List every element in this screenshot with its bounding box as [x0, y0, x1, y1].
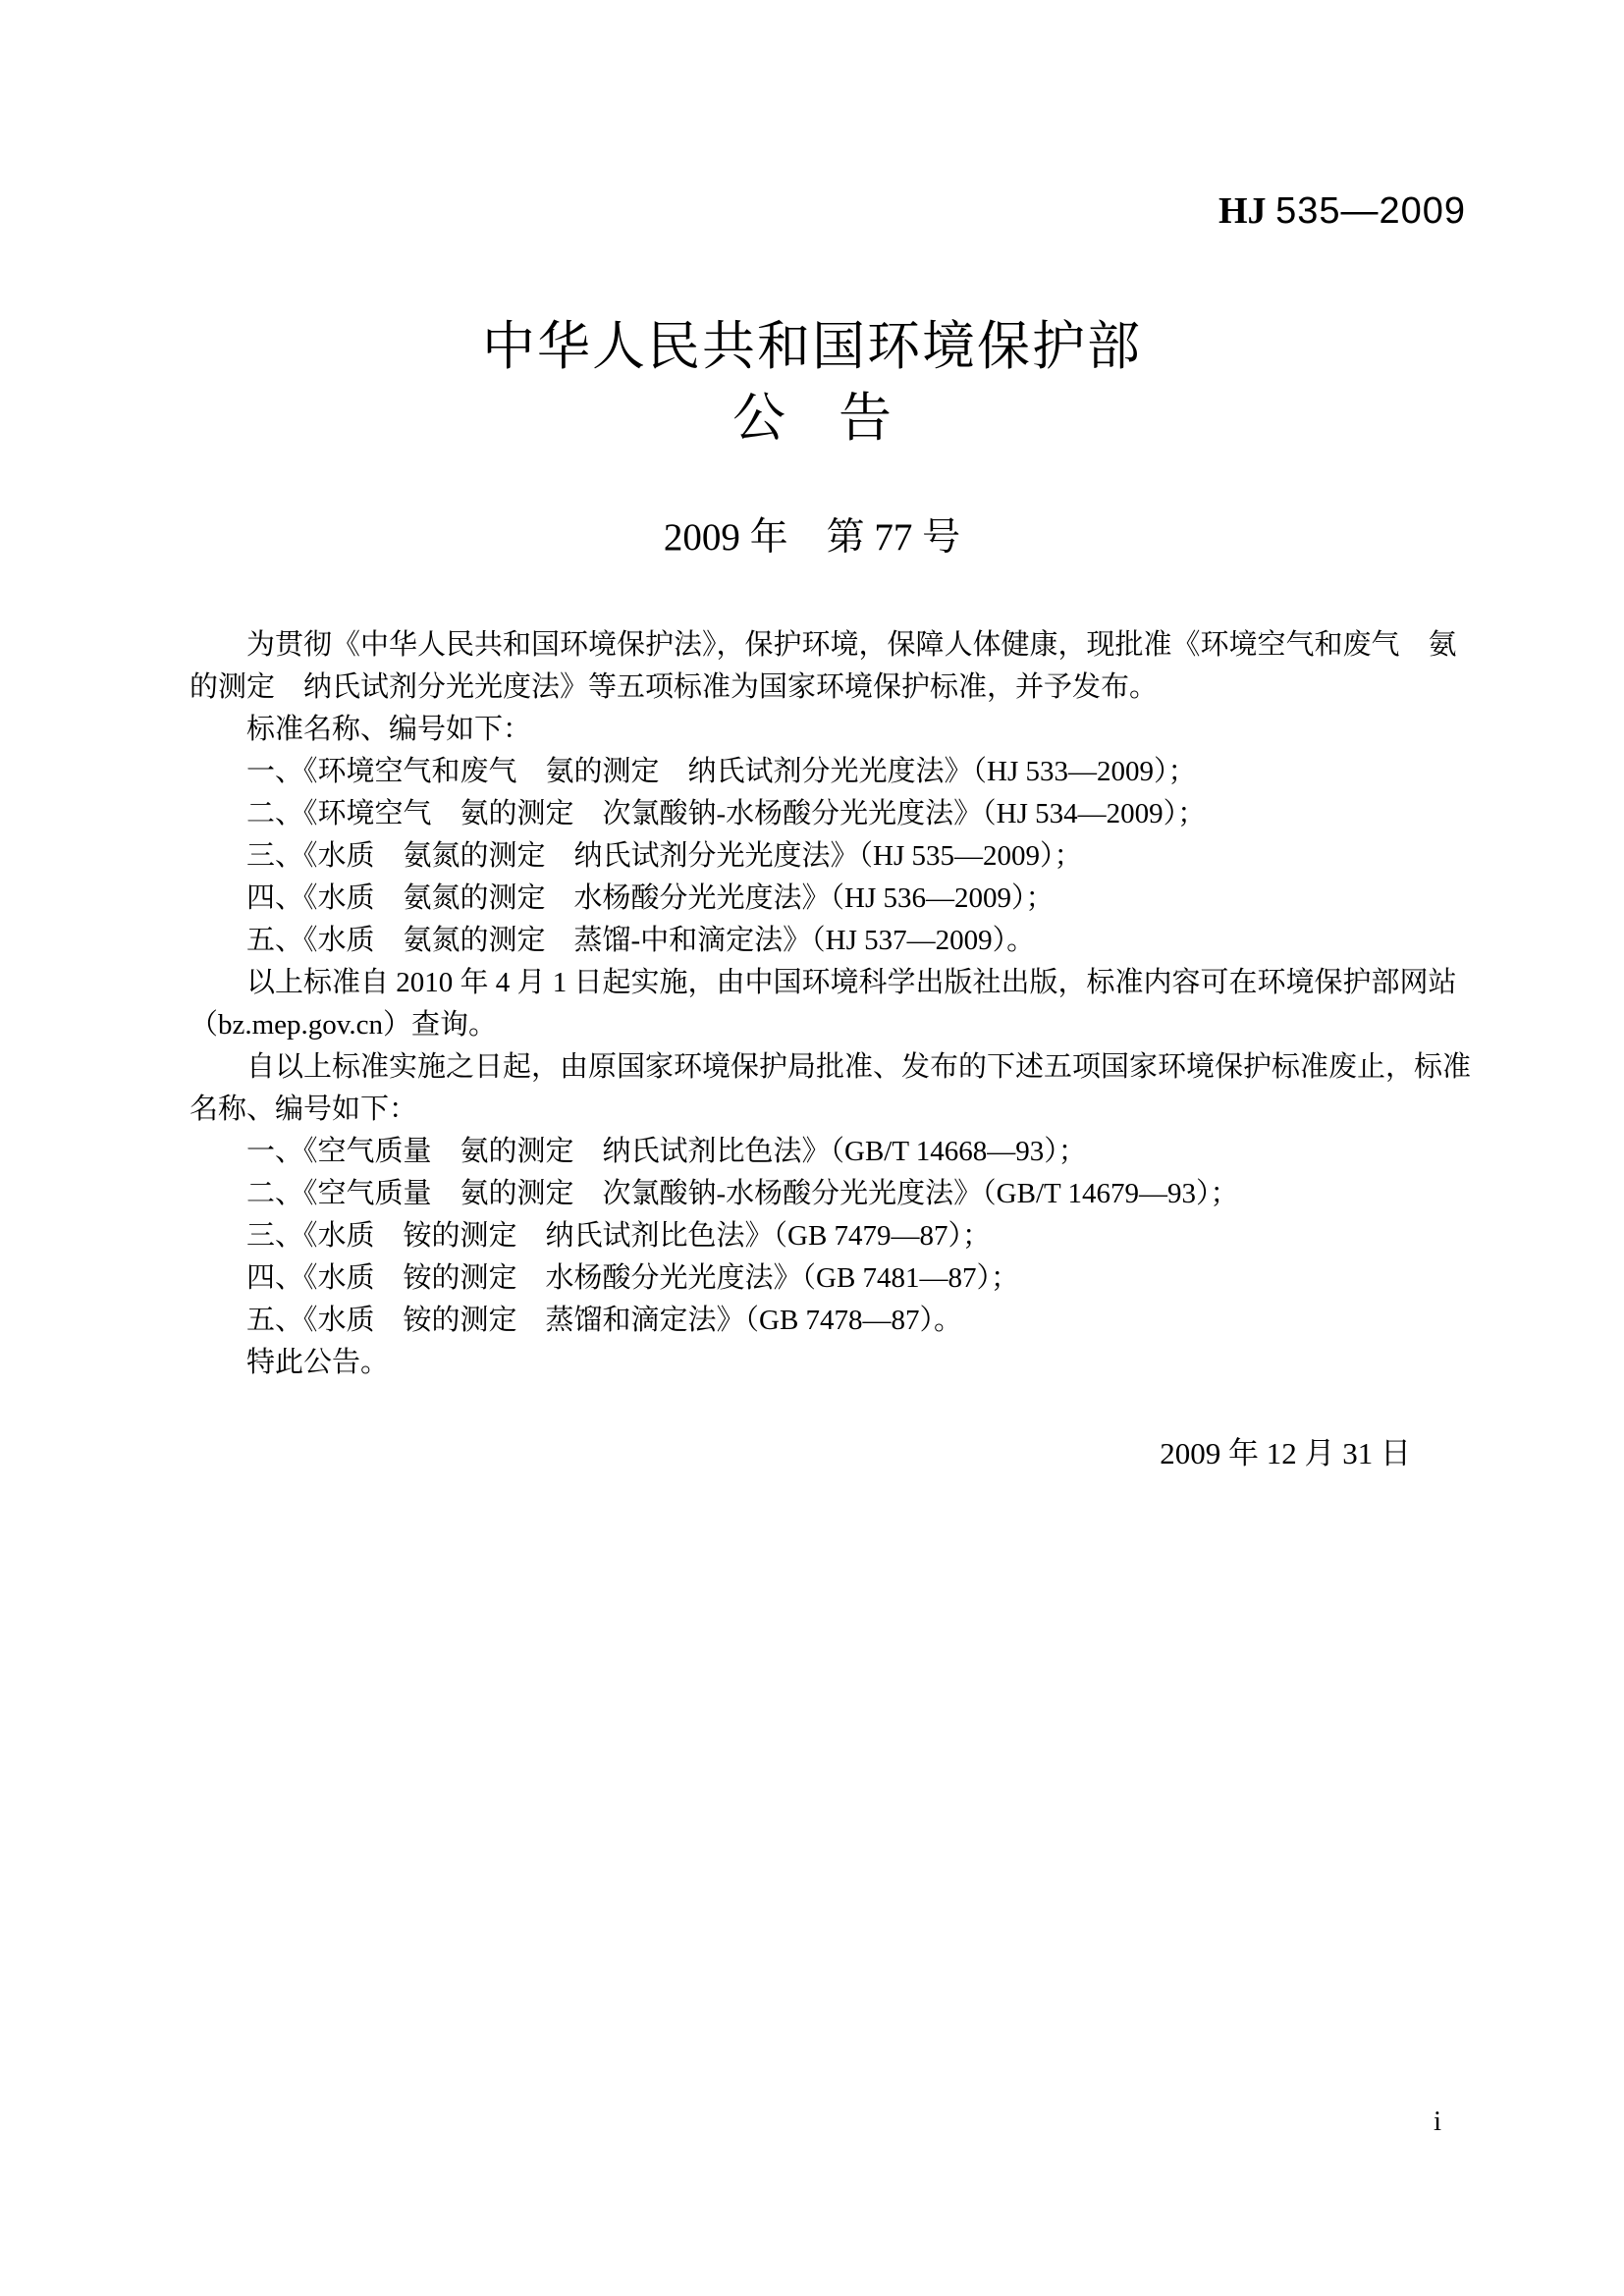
- body-line: 标准名称、编号如下：: [189, 709, 1470, 751]
- body-line: 特此公告。: [189, 1342, 1470, 1384]
- body-line: 二、《环境空气 氨的测定 次氯酸钠-水杨酸分光光度法》（HJ 534—2009）…: [189, 793, 1470, 835]
- body-line: 自以上标准实施之日起，由原国家环境保护局批准、发布的下述五项国家环境保护标准废止…: [189, 1046, 1470, 1089]
- body-line: 名称、编号如下：: [189, 1089, 1470, 1131]
- issue-date: 2009 年 12 月 31 日: [1160, 1435, 1411, 1471]
- body-line: 四、《水质 氨氮的测定 水杨酸分光光度法》（HJ 536—2009）；: [189, 878, 1470, 920]
- body-line: 以上标准自 2010 年 4 月 1 日起实施，由中国环境科学出版社出版，标准内…: [189, 962, 1470, 1004]
- body-text: 为贯彻《中华人民共和国环境保护法》，保护环境，保障人体健康，现批准《环境空气和废…: [189, 624, 1470, 1384]
- announcement-subtitle: 公 告: [0, 390, 1624, 448]
- body-line: 五、《水质 铵的测定 蒸馏和滴定法》（GB 7478—87）。: [189, 1300, 1470, 1342]
- page-number: i: [1434, 2107, 1441, 2138]
- body-line: 的测定 纳氏试剂分光光度法》等五项标准为国家环境保护标准，并予发布。: [189, 667, 1470, 709]
- body-line: 四、《水质 铵的测定 水杨酸分光光度法》（GB 7481—87）；: [189, 1257, 1470, 1300]
- body-line: （bz.mep.gov.cn）查询。: [189, 1004, 1470, 1046]
- doc-number-value: 535—2009: [1275, 190, 1466, 232]
- body-line: 一、《环境空气和废气 氨的测定 纳氏试剂分光光度法》（HJ 533—2009）；: [189, 751, 1470, 793]
- standard-doc-number: HJ 535—2009: [1218, 192, 1466, 230]
- body-line: 一、《空气质量 氨的测定 纳氏试剂比色法》（GB/T 14668—93）；: [189, 1131, 1470, 1173]
- document-page: HJ 535—2009 中华人民共和国环境保护部 公 告 2009 年 第 77…: [0, 0, 1624, 2296]
- announcement-title: 中华人民共和国环境保护部: [0, 318, 1624, 376]
- body-line: 二、《空气质量 氨的测定 次氯酸钠-水杨酸分光光度法》（GB/T 14679—9…: [189, 1173, 1470, 1215]
- body-line: 三、《水质 氨氮的测定 纳氏试剂分光光度法》（HJ 535—2009）；: [189, 835, 1470, 878]
- body-line: 为贯彻《中华人民共和国环境保护法》，保护环境，保障人体健康，现批准《环境空气和废…: [189, 624, 1470, 667]
- body-line: 三、《水质 铵的测定 纳氏试剂比色法》（GB 7479—87）；: [189, 1215, 1470, 1257]
- body-line: 五、《水质 氨氮的测定 蒸馏-中和滴定法》（HJ 537—2009）。: [189, 920, 1470, 962]
- doc-number-prefix: HJ: [1218, 190, 1267, 232]
- announcement-issue-number: 2009 年 第 77 号: [0, 517, 1624, 560]
